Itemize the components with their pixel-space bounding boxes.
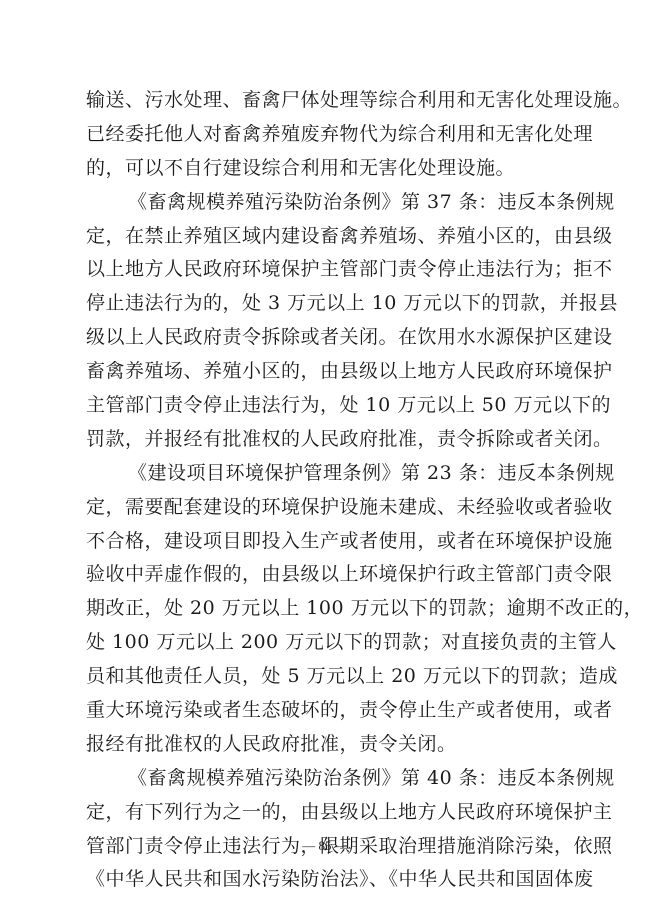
text-line: 《建设项目环境保护管理条例》第 23 条：违反本条例规	[86, 457, 566, 491]
document-page: 输送、污水处理、畜禽尸体处理等综合利用和无害化处理设施。 已经委托他人对畜禽养殖…	[0, 0, 650, 919]
text-line: 《畜禽规模养殖污染防治条例》第 37 条：违反本条例规	[86, 186, 566, 220]
paragraph-continuation: 输送、污水处理、畜禽尸体处理等综合利用和无害化处理设施。 已经委托他人对畜禽养殖…	[86, 84, 566, 186]
text-line: 《中华人民共和国水污染防治法》、《中华人民共和国固体废	[86, 863, 566, 897]
paragraph-article-40: 《畜禽规模养殖污染防治条例》第 40 条：违反本条例规 定，有下列行为之一的，由…	[86, 762, 566, 898]
text-line: 畜禽养殖场、养殖小区的，由县级以上地方人民政府环境保护	[86, 355, 566, 389]
text-line: 员和其他责任人员，处 5 万元以上 20 万元以下的罚款；造成	[86, 660, 566, 694]
text-line: 定，需要配套建设的环境保护设施未建成、未经验收或者验收	[86, 491, 566, 525]
text-line: 定，有下列行为之一的，由县级以上地方人民政府环境保护主	[86, 796, 566, 830]
text-line: 不合格，建设项目即投入生产或者使用，或者在环境保护设施	[86, 525, 566, 559]
text-line: 定，在禁止养殖区域内建设畜禽养殖场、养殖小区的，由县级	[86, 220, 566, 254]
paragraph-article-23: 《建设项目环境保护管理条例》第 23 条：违反本条例规 定，需要配套建设的环境保…	[86, 457, 566, 762]
text-line: 已经委托他人对畜禽养殖废弃物代为综合利用和无害化处理	[86, 118, 566, 152]
text-line: 以上地方人民政府环境保护主管部门责令停止违法行为；拒不	[86, 253, 566, 287]
paragraph-article-37: 《畜禽规模养殖污染防治条例》第 37 条：违反本条例规 定，在禁止养殖区域内建设…	[86, 186, 566, 457]
text-line: 输送、污水处理、畜禽尸体处理等综合利用和无害化处理设施。	[86, 84, 566, 118]
text-line: 停止违法行为的，处 3 万元以上 10 万元以下的罚款，并报县	[86, 287, 566, 321]
text-line: 《畜禽规模养殖污染防治条例》第 40 条：违反本条例规	[86, 762, 566, 796]
text-line: 的，可以不自行建设综合利用和无害化处理设施。	[86, 152, 566, 186]
text-line: 验收中弄虚作假的，由县级以上环境保护行政主管部门责令限	[86, 558, 566, 592]
text-line: 重大环境污染或者生态破坏的，责令停止生产或者使用，或者	[86, 694, 566, 728]
page-number: — 85 —	[0, 838, 650, 854]
text-line: 罚款，并报经有批准权的人民政府批准，责令拆除或者关闭。	[86, 423, 566, 457]
text-line: 主管部门责令停止违法行为，处 10 万元以上 50 万元以下的	[86, 389, 566, 423]
text-line: 处 100 万元以上 200 万元以下的罚款；对直接负责的主管人	[86, 626, 566, 660]
text-line: 级以上人民政府责令拆除或者关闭。在饮用水水源保护区建设	[86, 321, 566, 355]
text-line: 期改正，处 20 万元以上 100 万元以下的罚款；逾期不改正的，	[86, 592, 566, 626]
body-text: 输送、污水处理、畜禽尸体处理等综合利用和无害化处理设施。 已经委托他人对畜禽养殖…	[86, 84, 566, 897]
text-line: 报经有批准权的人民政府批准，责令关闭。	[86, 728, 566, 762]
